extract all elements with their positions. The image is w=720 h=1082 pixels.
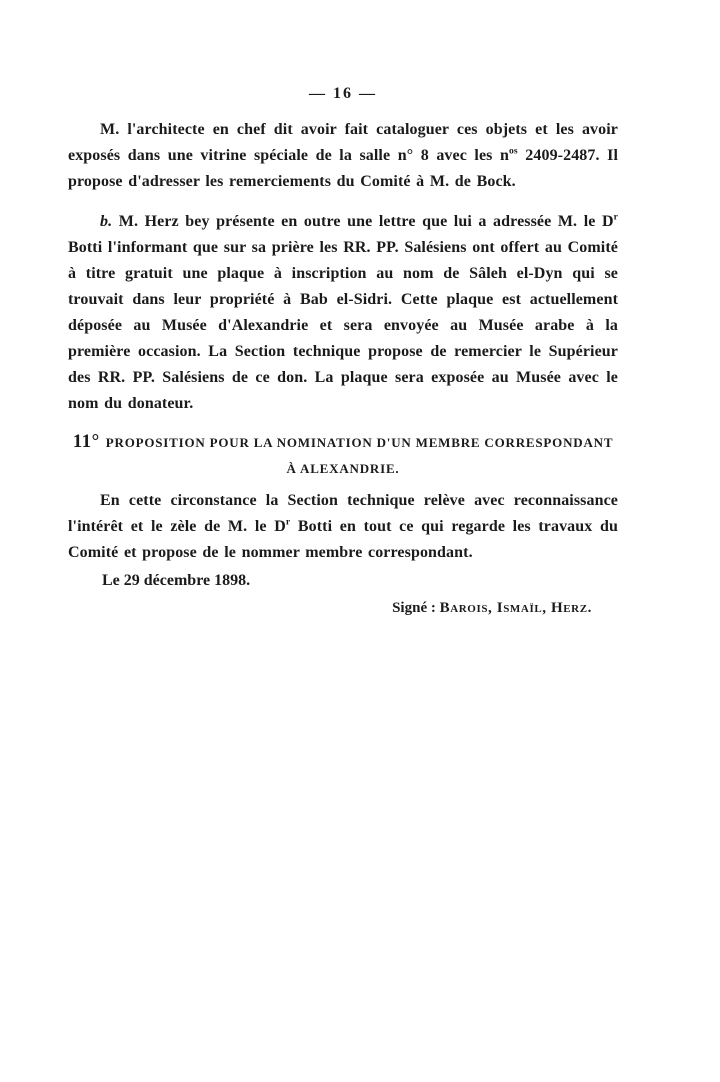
signature-line: Signé : Barois, Ismaïl, Herz. xyxy=(68,596,618,620)
section-number: 11° xyxy=(73,431,100,452)
page-number: — 16 — xyxy=(68,84,618,104)
date-line: Le 29 décembre 1898. xyxy=(68,568,618,594)
scanned-book-page: — 16 — M. l'architecte en chef dit avoir… xyxy=(68,0,618,620)
section-heading-line2: À ALEXANDRIE. xyxy=(287,461,400,476)
paragraph-cataloguing-objects: M. l'architecte en chef dit avoir fait c… xyxy=(68,117,618,195)
section-heading: 11°PROPOSITION POUR LA NOMINATION D'UN M… xyxy=(68,429,618,482)
paragraph-nomination-botti: En cette circonstance la Section techniq… xyxy=(68,488,618,566)
section-heading-line1: PROPOSITION POUR LA NOMINATION D'UN MEMB… xyxy=(106,435,614,450)
paragraph-herz-bey-letter: b. M. Herz bey présente en outre une let… xyxy=(68,209,618,417)
